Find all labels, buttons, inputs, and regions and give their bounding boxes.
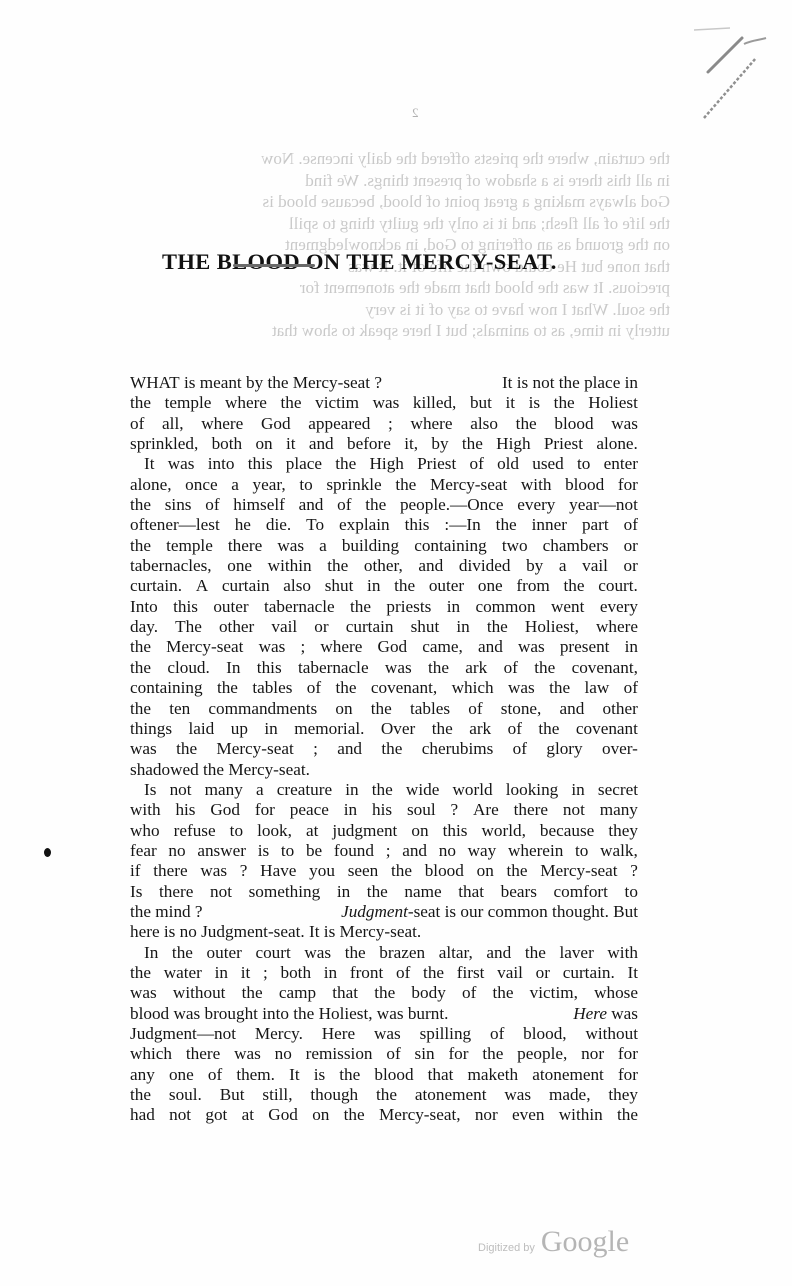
word: Mercy-seat, xyxy=(379,1105,461,1125)
word: water xyxy=(164,963,202,983)
word: the xyxy=(487,617,508,637)
word: A xyxy=(196,576,208,596)
word: curtain xyxy=(346,617,394,637)
word: other, xyxy=(364,556,403,576)
word: or xyxy=(624,536,638,556)
word: had xyxy=(130,1105,155,1125)
word: where xyxy=(225,393,267,413)
word: and xyxy=(402,841,427,861)
word: laid xyxy=(189,719,215,739)
word: tabernacle xyxy=(264,597,335,617)
word: and xyxy=(337,739,362,759)
word: not xyxy=(169,1105,191,1125)
bleed-line: the soul. What I now have to say of it i… xyxy=(130,299,670,321)
word: sprinkle xyxy=(326,475,381,495)
word: explain xyxy=(339,515,390,535)
text-line: here is no Judgment-seat. It is Mercy-se… xyxy=(130,922,638,942)
word: sin xyxy=(415,1044,435,1064)
bleed-line: God always making a great point of blood… xyxy=(130,191,670,213)
word: the xyxy=(538,719,559,739)
word: of xyxy=(205,495,219,515)
word: where xyxy=(596,617,638,637)
word: victim, xyxy=(530,983,578,1003)
word: year, xyxy=(253,475,286,495)
word: the xyxy=(130,963,151,983)
word: stone, xyxy=(501,699,542,719)
word: part xyxy=(582,515,609,535)
word: the xyxy=(617,1105,638,1125)
word: of xyxy=(462,983,476,1003)
word: ; xyxy=(300,637,305,657)
word: To xyxy=(306,515,324,535)
word: place xyxy=(286,454,322,474)
word: where xyxy=(320,637,362,657)
bleed-line: utterly in time, as to animals; but I he… xyxy=(130,320,670,342)
word: Holiest xyxy=(588,393,638,413)
word: where xyxy=(201,414,243,434)
word: Mercy-seat xyxy=(430,475,507,495)
word: court xyxy=(255,943,290,963)
word: and xyxy=(560,699,585,719)
word: In xyxy=(144,943,158,963)
word: Is xyxy=(144,780,156,800)
word: there xyxy=(159,882,193,902)
word: this xyxy=(173,597,198,617)
word: in xyxy=(456,617,469,637)
word: remission xyxy=(306,1044,373,1064)
text-line: Judgment—notMercy.Herewasspillingofblood… xyxy=(130,1024,638,1044)
word: still, xyxy=(262,1085,292,1105)
word: covenant, xyxy=(371,678,437,698)
word: Priest xyxy=(417,454,456,474)
word: Mercy-seat xyxy=(540,861,617,881)
word: it, xyxy=(404,434,418,454)
text-line: WHAT is meant by the Mercy-seat ? It is … xyxy=(130,373,638,393)
word: the xyxy=(176,739,197,759)
word: sins xyxy=(165,495,192,515)
pencil-annotation-mark xyxy=(690,10,770,120)
word: both xyxy=(212,434,243,454)
text-line: thesoul.Butstill,thoughtheatonementwasma… xyxy=(130,1085,638,1105)
word: covenant xyxy=(576,719,638,739)
word: from xyxy=(516,576,549,596)
word: sprinkled, xyxy=(130,434,198,454)
word: of xyxy=(208,1065,222,1085)
word: not xyxy=(210,882,232,902)
word: the xyxy=(335,678,356,698)
word: for xyxy=(255,800,275,820)
word: for xyxy=(618,1065,638,1085)
word: other xyxy=(603,699,638,719)
word: of xyxy=(504,658,518,678)
word: the xyxy=(130,536,151,556)
word: building xyxy=(342,536,399,556)
text-line: waswithoutthecampthatthebodyofthevictim,… xyxy=(130,983,638,1003)
word: the xyxy=(217,678,238,698)
word: himself xyxy=(233,495,285,515)
word: judgment xyxy=(332,821,397,841)
word: laver xyxy=(559,943,593,963)
word: also xyxy=(470,414,498,434)
word: for xyxy=(618,475,638,495)
word: vail xyxy=(271,617,297,637)
word: victim xyxy=(315,393,359,413)
word: where xyxy=(411,414,453,434)
text-line: Isnotmanyacreatureinthewideworldlookingi… xyxy=(130,780,638,800)
text-line: iftherewas?HaveyouseenthebloodontheMercy… xyxy=(130,861,638,881)
word: bears xyxy=(501,882,537,902)
word: it xyxy=(241,963,251,983)
word: many xyxy=(205,780,243,800)
word: in xyxy=(447,597,460,617)
word: they xyxy=(608,1085,638,1105)
word: brazen xyxy=(379,943,425,963)
word: shut xyxy=(325,576,354,596)
word: High xyxy=(370,454,404,474)
word: in xyxy=(625,637,638,657)
body-text: WHAT is meant by the Mercy-seat ? It is … xyxy=(130,373,638,1126)
text-line: tabernacles,onewithintheother,anddivided… xyxy=(130,556,638,576)
word: all, xyxy=(162,414,183,434)
word: of xyxy=(468,699,482,719)
word: on xyxy=(335,699,352,719)
word: within xyxy=(559,1105,603,1125)
word: It xyxy=(289,1065,300,1085)
word: the xyxy=(525,943,546,963)
word: Are xyxy=(473,800,499,820)
word: wherein xyxy=(508,841,563,861)
word: the xyxy=(564,576,585,596)
bleed-line: precious. It was the blood that made the… xyxy=(130,277,670,299)
word: the xyxy=(130,658,151,678)
word: the xyxy=(534,658,555,678)
word: the xyxy=(372,780,393,800)
text-line: ofall,whereGodappeared;wherealsotheblood… xyxy=(130,414,638,434)
word: with xyxy=(607,943,638,963)
word: and xyxy=(486,943,511,963)
word: peace xyxy=(290,800,329,820)
word: the xyxy=(492,983,513,1003)
word: made, xyxy=(549,1085,591,1105)
word: this xyxy=(248,454,273,474)
word: court. xyxy=(598,576,638,596)
word: spilling xyxy=(420,1024,472,1044)
word: was xyxy=(277,536,304,556)
word: inner xyxy=(532,515,567,535)
word: one xyxy=(169,1065,194,1085)
word: that xyxy=(332,983,358,1003)
word: was xyxy=(373,393,400,413)
text-line: whichtherewasnoremissionofsinforthepeopl… xyxy=(130,1044,638,1064)
word: It xyxy=(144,454,155,474)
word: seen xyxy=(348,861,379,881)
word: for xyxy=(618,1044,638,1064)
word: comfort xyxy=(554,882,608,902)
word: they xyxy=(608,821,638,841)
word: not xyxy=(170,780,192,800)
text-fragment: is meant by the Mercy-seat ? xyxy=(184,373,382,392)
word: without xyxy=(585,1024,638,1044)
word: every xyxy=(517,495,555,515)
word: appeared xyxy=(308,414,370,434)
word: got xyxy=(205,1105,227,1125)
word: went xyxy=(551,597,584,617)
word: blood xyxy=(374,1065,413,1085)
word: was xyxy=(200,861,227,881)
word: at xyxy=(306,821,318,841)
word: memorial. xyxy=(294,719,364,739)
word: outer xyxy=(213,597,248,617)
word: of xyxy=(130,414,144,434)
word: if xyxy=(130,861,141,881)
text-line: thingslaidupinmemorial.Overthearkoftheco… xyxy=(130,719,638,739)
word: name xyxy=(404,882,441,902)
word: was xyxy=(508,678,535,698)
word: the xyxy=(423,963,444,983)
text-line: day.TheothervailorcurtainshutintheHolies… xyxy=(130,617,638,637)
text-fragment: was xyxy=(611,1004,638,1023)
word: the xyxy=(130,393,151,413)
word: there xyxy=(186,1044,220,1064)
word: and xyxy=(309,434,334,454)
word: cloud. xyxy=(167,658,209,678)
word: atonement xyxy=(532,1065,604,1085)
word: the xyxy=(327,556,348,576)
word: over- xyxy=(602,739,638,759)
word: ; xyxy=(388,414,393,434)
word: curtain. xyxy=(563,963,615,983)
word: was xyxy=(385,658,412,678)
word: answer xyxy=(197,841,246,861)
word: curtain. xyxy=(130,576,182,596)
word: the xyxy=(350,597,371,617)
word: God xyxy=(268,1105,298,1125)
word: was xyxy=(234,1044,261,1064)
bleed-through-text: the curtain, where the priests offered t… xyxy=(130,148,670,342)
word: in xyxy=(324,963,337,983)
word: there xyxy=(153,861,187,881)
word: the xyxy=(242,983,263,1003)
word: on xyxy=(255,434,272,454)
word: the xyxy=(395,475,416,495)
word: Mercy-seat xyxy=(216,739,293,759)
page-title: THE BLOOD ON THE MERCY-SEAT. xyxy=(162,249,632,275)
word: camp xyxy=(279,983,316,1003)
word: Have xyxy=(260,861,296,881)
word: no xyxy=(275,1044,292,1064)
word: which xyxy=(452,678,494,698)
word: the xyxy=(376,1085,397,1105)
word: the xyxy=(281,393,302,413)
word: the xyxy=(482,1044,503,1064)
word: atonement xyxy=(415,1085,487,1105)
word: God xyxy=(261,414,291,434)
word: and xyxy=(299,495,324,515)
word: on xyxy=(477,861,494,881)
word: even xyxy=(512,1105,544,1125)
word: of xyxy=(508,719,522,739)
word: them. xyxy=(236,1065,275,1085)
word: but xyxy=(470,393,492,413)
word: in xyxy=(571,780,584,800)
text-line: containingthetablesofthecovenant,whichwa… xyxy=(130,678,638,698)
word: divided xyxy=(459,556,511,576)
text-line: Intheoutercourtwasthebrazenaltar,andthel… xyxy=(130,943,638,963)
drop-word: WHAT xyxy=(130,373,180,392)
word: of xyxy=(337,495,351,515)
text-fragment: blood was brought into the Holiest, was … xyxy=(130,1004,448,1024)
word: a xyxy=(256,780,264,800)
word: altar, xyxy=(439,943,473,963)
word: to xyxy=(577,454,590,474)
word: this xyxy=(443,821,468,841)
word: commandments xyxy=(208,699,317,719)
word: containing xyxy=(130,678,203,698)
text-line: alone,onceayear,tosprinkletheMercy-seatw… xyxy=(130,475,638,495)
word: his xyxy=(372,800,392,820)
word: used xyxy=(532,454,564,474)
word: the xyxy=(496,515,517,535)
word: glory xyxy=(546,739,582,759)
word: curtain xyxy=(222,576,270,596)
word: and xyxy=(418,556,443,576)
word: ; xyxy=(263,963,268,983)
word: ten xyxy=(169,699,190,719)
word: tables xyxy=(410,699,450,719)
word: which xyxy=(130,1044,172,1064)
word: every xyxy=(600,597,638,617)
word: to xyxy=(281,841,294,861)
watermark-prefix: Digitized by xyxy=(478,1242,535,1254)
word: to xyxy=(299,475,312,495)
word: no xyxy=(439,841,456,861)
word: the xyxy=(374,983,395,1003)
word: the xyxy=(462,434,483,454)
word: by xyxy=(526,556,543,576)
word: blood xyxy=(554,414,593,434)
word: any xyxy=(130,1065,155,1085)
word: the xyxy=(516,414,537,434)
text-line: ItwasintothisplacetheHighPriestofoldused… xyxy=(130,454,638,474)
word: of xyxy=(624,515,638,535)
word: in xyxy=(264,719,277,739)
word: a xyxy=(559,556,567,576)
bleed-line: the curtain, where the priests offered t… xyxy=(130,148,670,170)
word: way xyxy=(468,841,497,861)
word: chambers xyxy=(543,536,609,556)
word: before xyxy=(347,434,391,454)
word: looking xyxy=(506,780,559,800)
word: the xyxy=(554,393,575,413)
word: of xyxy=(307,678,321,698)
word: of xyxy=(513,739,527,759)
text-line: sprinkled,bothonitandbeforeit,bytheHighP… xyxy=(130,434,638,454)
word: the xyxy=(345,943,366,963)
word: world xyxy=(452,780,492,800)
word: creature xyxy=(277,780,332,800)
word: is xyxy=(258,841,269,861)
word: his xyxy=(175,800,195,820)
word: something xyxy=(249,882,321,902)
word: walk, xyxy=(600,841,638,861)
word: came, xyxy=(422,637,463,657)
word: a xyxy=(231,475,239,495)
bleed-line: the life of all flesh; and it is only th… xyxy=(130,213,670,235)
word: was xyxy=(374,1024,401,1044)
word: refuse xyxy=(174,821,216,841)
text-line: wastheMercy-seat;andthecherubimsofgloryo… xyxy=(130,739,638,759)
word: Priest xyxy=(544,434,583,454)
text-line: whorefusetolook,atjudgmentonthisworld,be… xyxy=(130,821,638,841)
word: two xyxy=(502,536,528,556)
word: to xyxy=(625,882,638,902)
word: for xyxy=(448,1044,468,1064)
text-fragment: the mind ? xyxy=(130,902,203,922)
word: people.—Once xyxy=(400,495,504,515)
word: in xyxy=(337,882,350,902)
word: God xyxy=(210,800,240,820)
italic-word: Judgment xyxy=(341,902,408,921)
text-line: Istherenotsomethinginthenamethatbearscom… xyxy=(130,882,638,902)
word: containing xyxy=(414,536,487,556)
word: he xyxy=(235,515,251,535)
word: the xyxy=(432,719,453,739)
word: with xyxy=(130,800,161,820)
word: nor xyxy=(475,1105,498,1125)
word: with xyxy=(521,475,552,495)
word: cherubims xyxy=(422,739,494,759)
word: In xyxy=(226,658,240,678)
word: tables xyxy=(252,678,292,698)
word: in xyxy=(345,780,358,800)
word: secret xyxy=(598,780,638,800)
word: a xyxy=(319,536,327,556)
word: was xyxy=(130,983,157,1003)
word: was xyxy=(304,943,331,963)
word: die. xyxy=(266,515,291,535)
word: in xyxy=(367,576,380,596)
word: tabernacles, xyxy=(130,556,212,576)
word: one xyxy=(478,576,503,596)
word: enter xyxy=(604,454,638,474)
word: tabernacle xyxy=(298,658,369,678)
word: the xyxy=(172,943,193,963)
word: blood xyxy=(425,861,464,881)
word: killed, xyxy=(413,393,456,413)
word: the xyxy=(381,739,402,759)
text-line: thewaterinit;bothinfrontofthefirstvailor… xyxy=(130,963,638,983)
word: Judgment—not xyxy=(130,1024,236,1044)
text-line: hadnotgotatGodontheMercy-seat,norevenwit… xyxy=(130,1105,638,1125)
word: Over xyxy=(381,719,415,739)
word: world, xyxy=(481,821,525,841)
word: High xyxy=(496,434,530,454)
word: it xyxy=(505,393,515,413)
word: soul. xyxy=(169,1085,202,1105)
text-line: shadowed the Mercy-seat. xyxy=(130,760,638,780)
word: there xyxy=(228,536,262,556)
word: or xyxy=(536,963,550,983)
word: look, xyxy=(257,821,292,841)
word: by xyxy=(431,434,448,454)
word: was xyxy=(504,1085,531,1105)
word: day. xyxy=(130,617,158,637)
word: also xyxy=(283,576,311,596)
word: present xyxy=(560,637,610,657)
text-line: withhisGodforpeaceinhissoul?Aretherenotm… xyxy=(130,800,638,820)
digitization-watermark: Digitized by Google xyxy=(478,1225,629,1259)
google-logo: Google xyxy=(541,1225,629,1259)
